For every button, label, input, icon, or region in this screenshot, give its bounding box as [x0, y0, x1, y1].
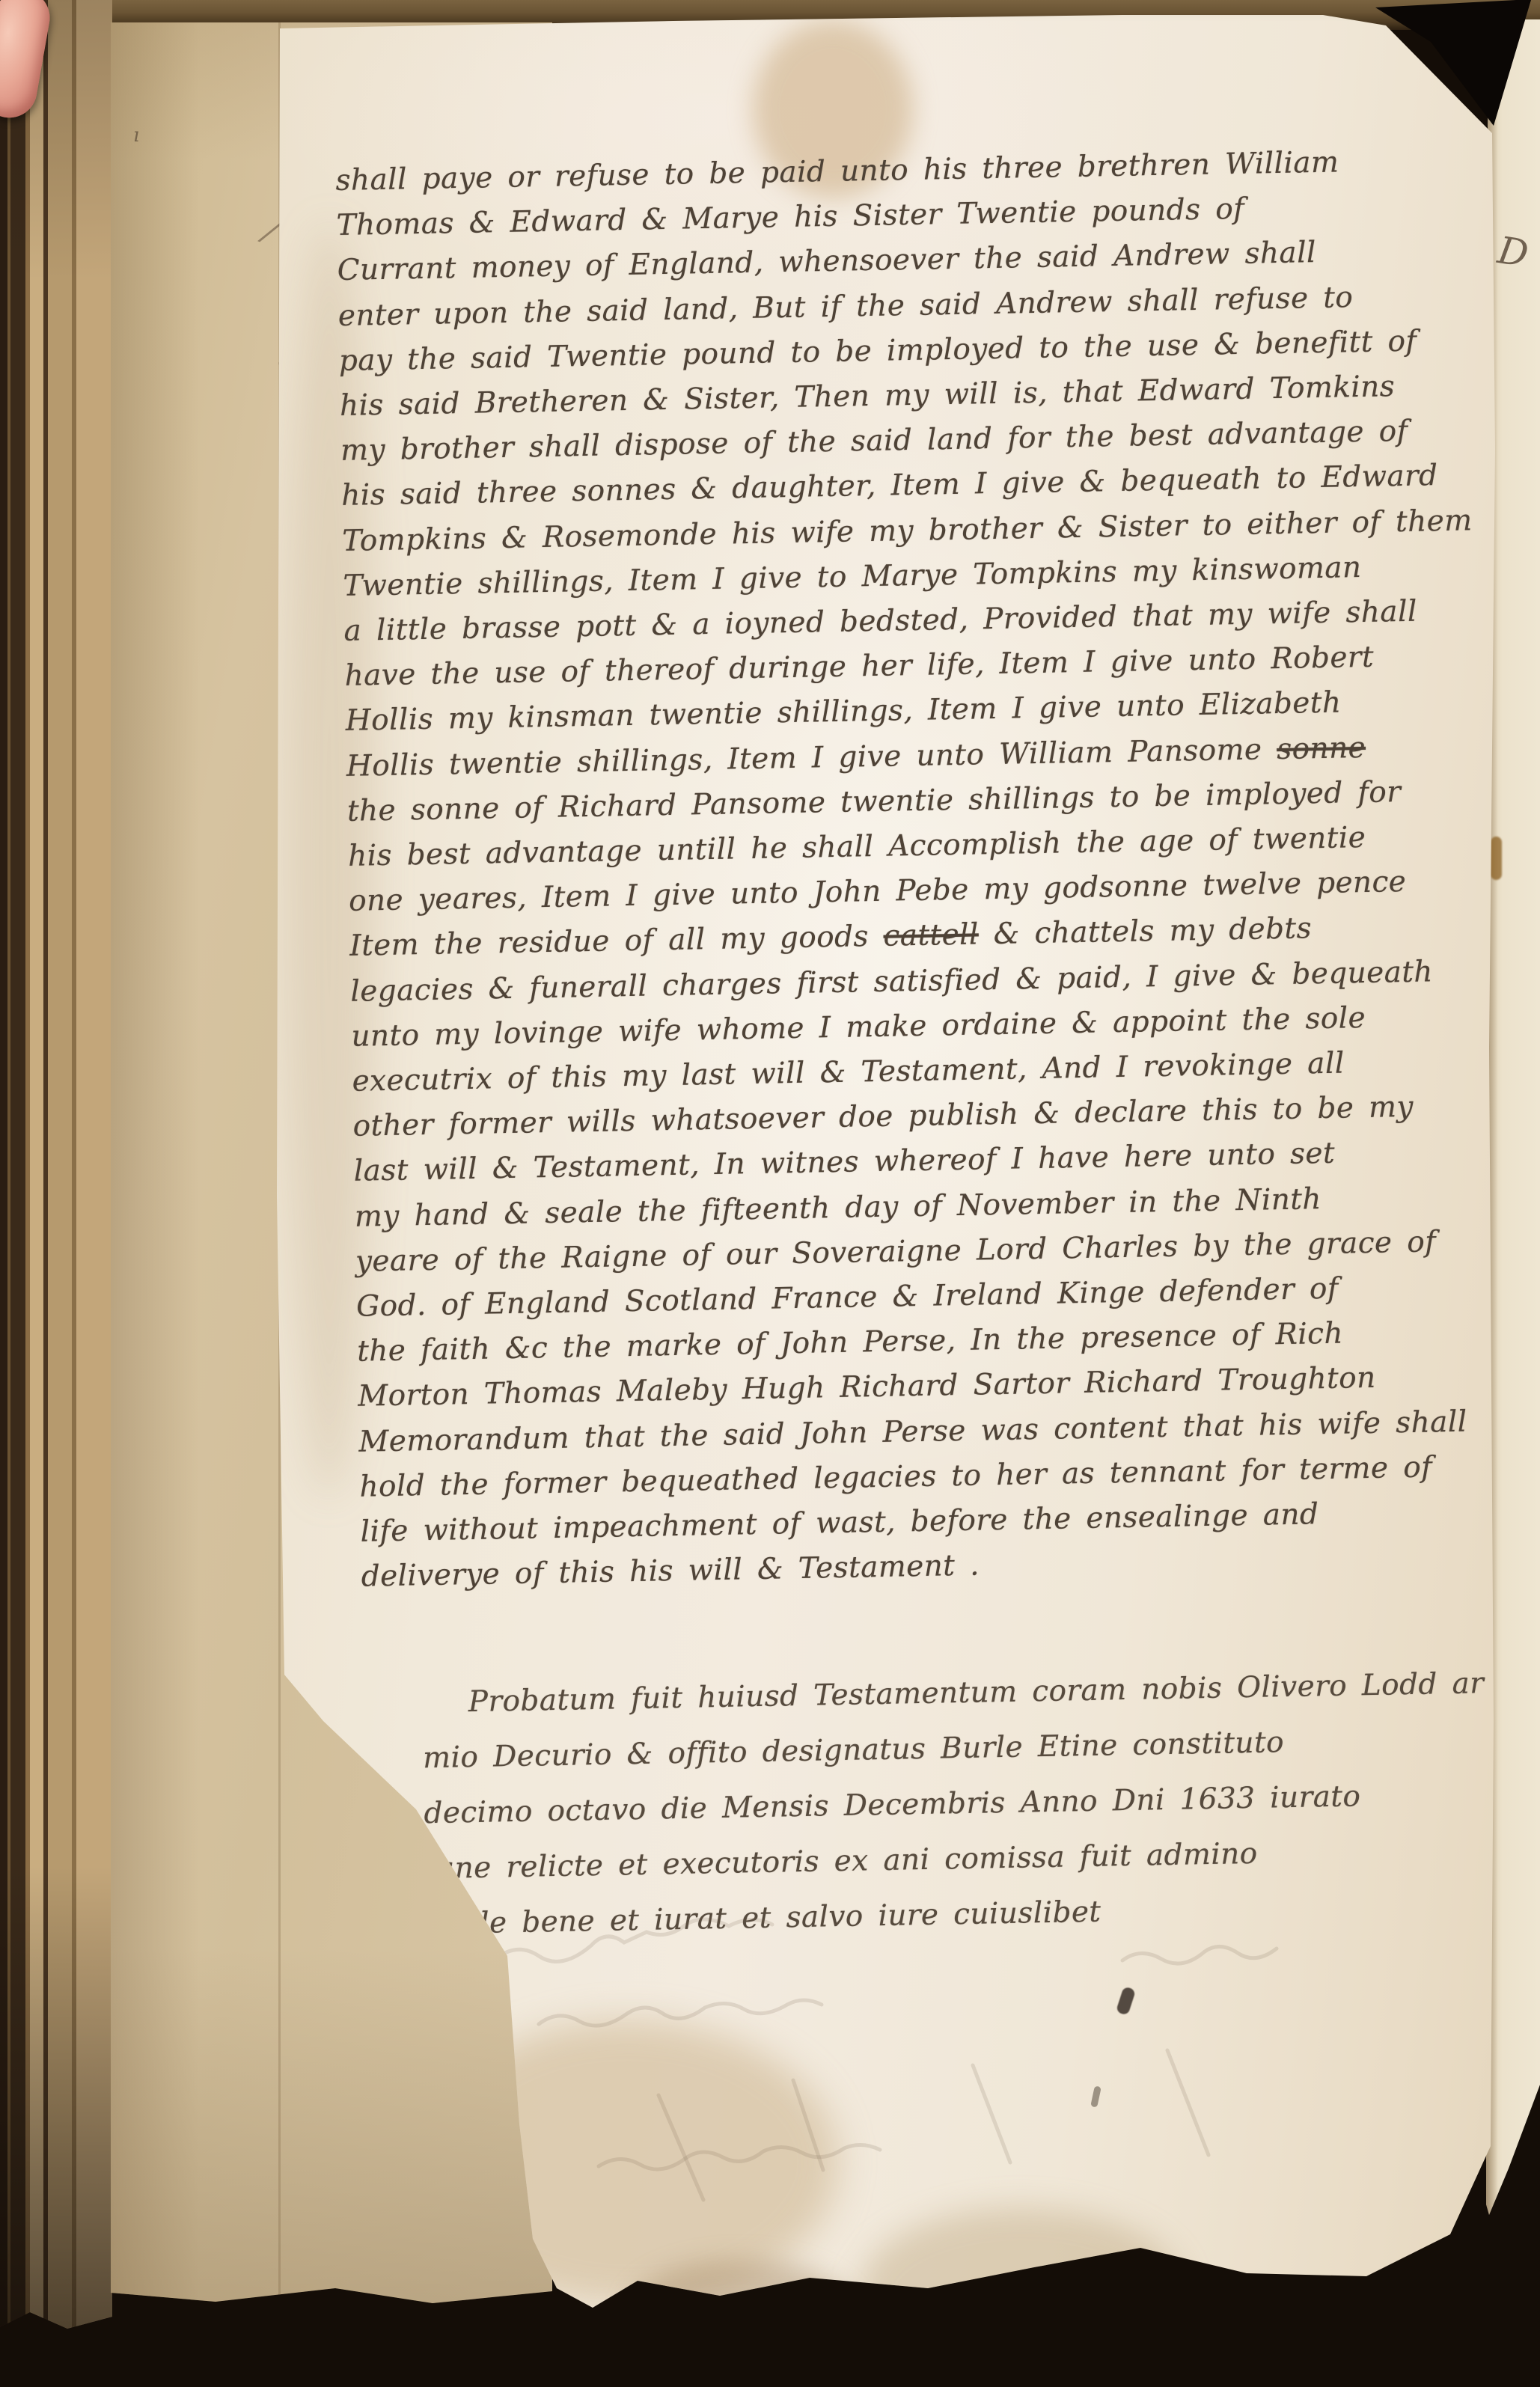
stain-spot [1491, 837, 1502, 880]
will-body: shall paye or refuse to be paid unto his… [335, 138, 1506, 1600]
binding-shadow [0, 0, 112, 2333]
stray-ink-mark: ı [133, 124, 139, 147]
book-binding-left [0, 0, 112, 2333]
next-page-edge: D [1486, 19, 1540, 2236]
will-text-block: shall paye or refuse to be paid unto his… [335, 138, 1513, 1953]
show-through-writing [404, 1871, 1377, 2335]
ink-mark-next-page: D [1495, 228, 1532, 276]
manuscript-photo: / Ↄ ı D shall paye or refuse to be paid … [0, 0, 1540, 2387]
